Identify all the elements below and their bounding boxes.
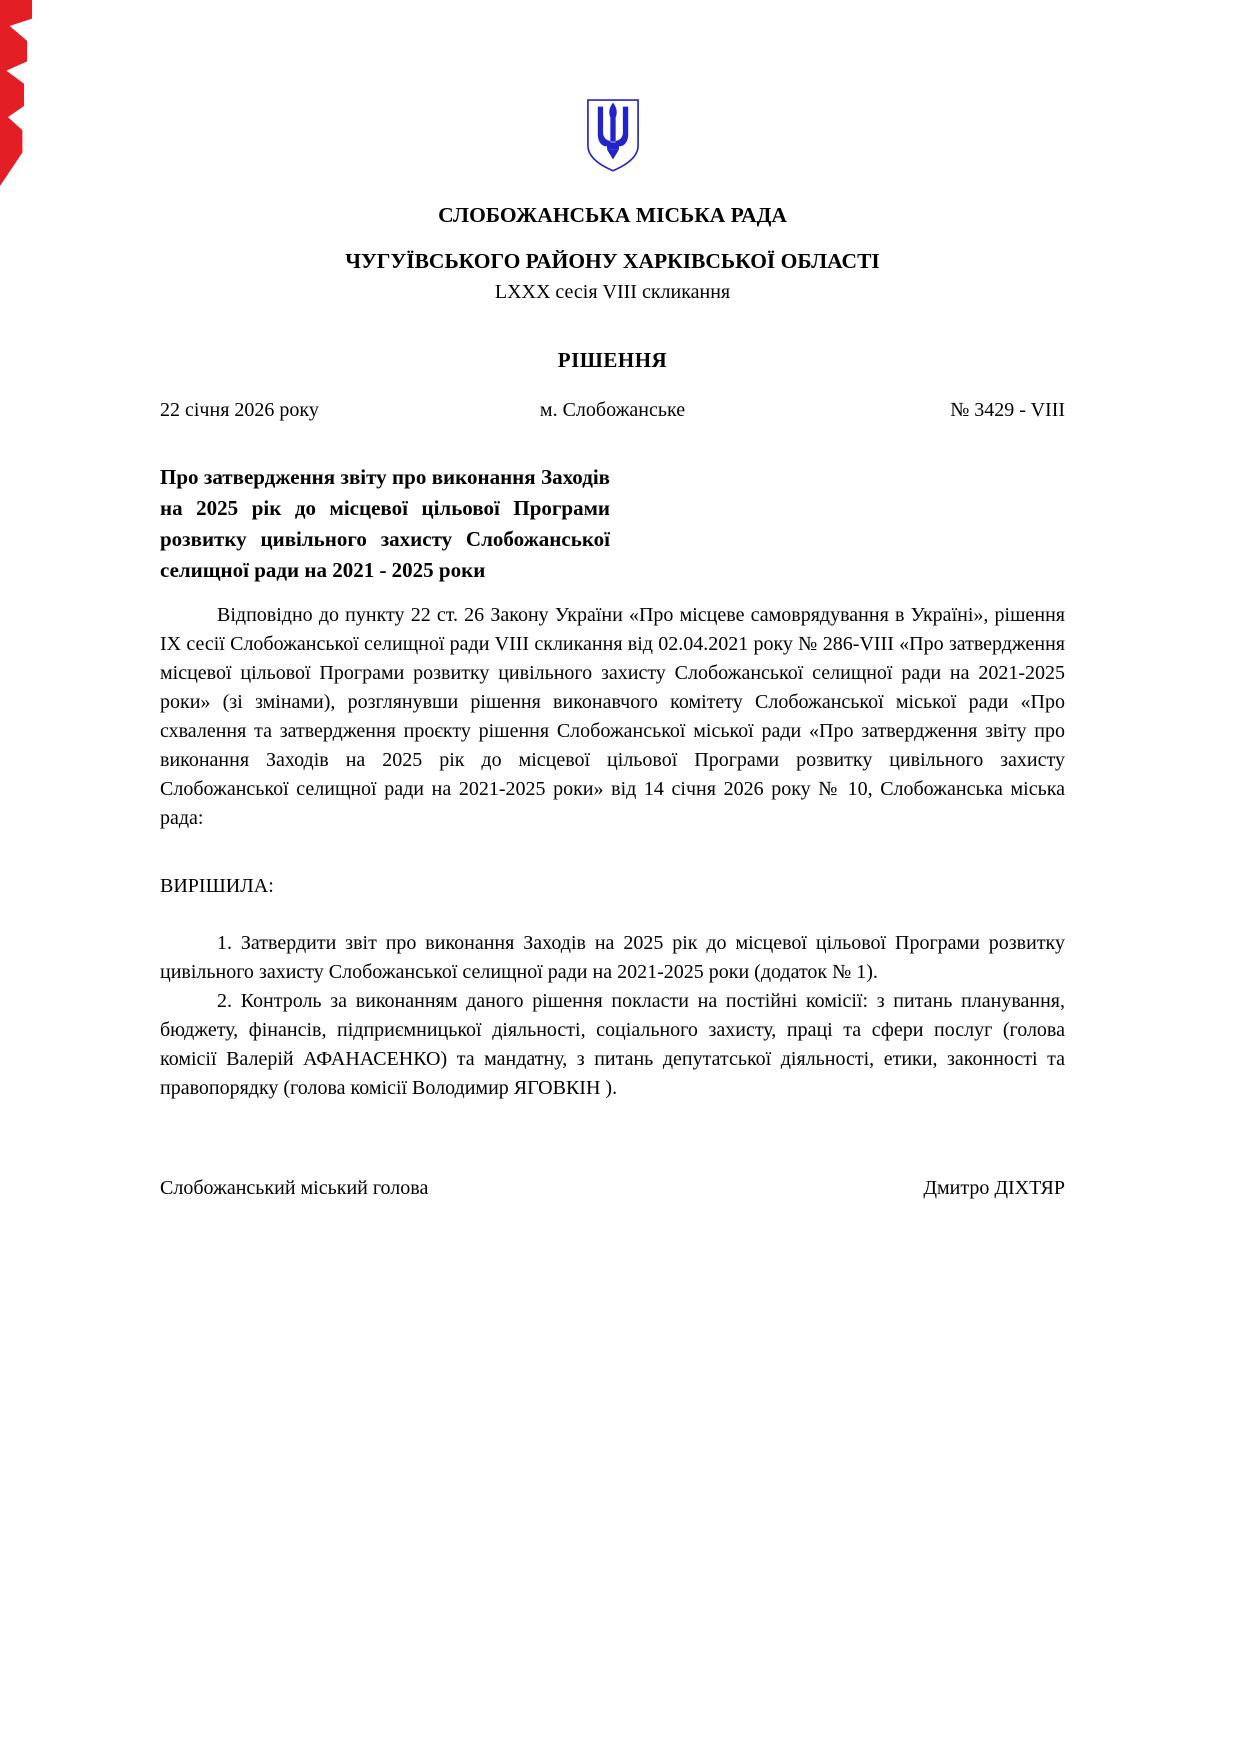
resolved-heading: ВИРІШИЛА: xyxy=(160,872,1065,901)
document-meta-row: 22 січня 2026 року м. Слобожанське № 342… xyxy=(160,397,1065,423)
document-page: СЛОБОЖАНСЬКА МІСЬКА РАДА ЧУГУЇВСЬКОГО РА… xyxy=(0,0,1240,1754)
document-content: СЛОБОЖАНСЬКА МІСЬКА РАДА ЧУГУЇВСЬКОГО РА… xyxy=(0,0,1240,1201)
signature-row: Слобожанський міський голова Дмитро ДІХТ… xyxy=(160,1175,1065,1201)
emblem-container xyxy=(160,0,1065,185)
document-subject: Про затвердження звіту про виконання Зах… xyxy=(160,462,610,586)
document-place: м. Слобожанське xyxy=(462,397,764,423)
session-line: LXXX сесія VIII скликання xyxy=(160,277,1065,307)
council-name: СЛОБОЖАНСЬКА МІСЬКА РАДА xyxy=(160,199,1065,231)
resolution-item-2: 2. Контроль за виконанням даного рішення… xyxy=(160,987,1065,1103)
preamble-paragraph: Відповідно до пункту 22 ст. 26 Закону Ук… xyxy=(160,601,1065,833)
document-type-title: РІШЕННЯ xyxy=(160,347,1065,373)
document-number: № 3429 - VIII xyxy=(763,397,1065,423)
resolution-item-1: 1. Затвердити звіт про виконання Заходів… xyxy=(160,929,1065,987)
document-date: 22 січня 2026 року xyxy=(160,397,462,423)
signature-position: Слобожанський міський голова xyxy=(160,1175,428,1201)
ukraine-trident-shield-icon xyxy=(580,97,646,185)
signature-name: Дмитро ДІХТЯР xyxy=(923,1175,1065,1201)
council-region: ЧУГУЇВСЬКОГО РАЙОНУ ХАРКІВСЬКОЇ ОБЛАСТІ xyxy=(160,245,1065,277)
